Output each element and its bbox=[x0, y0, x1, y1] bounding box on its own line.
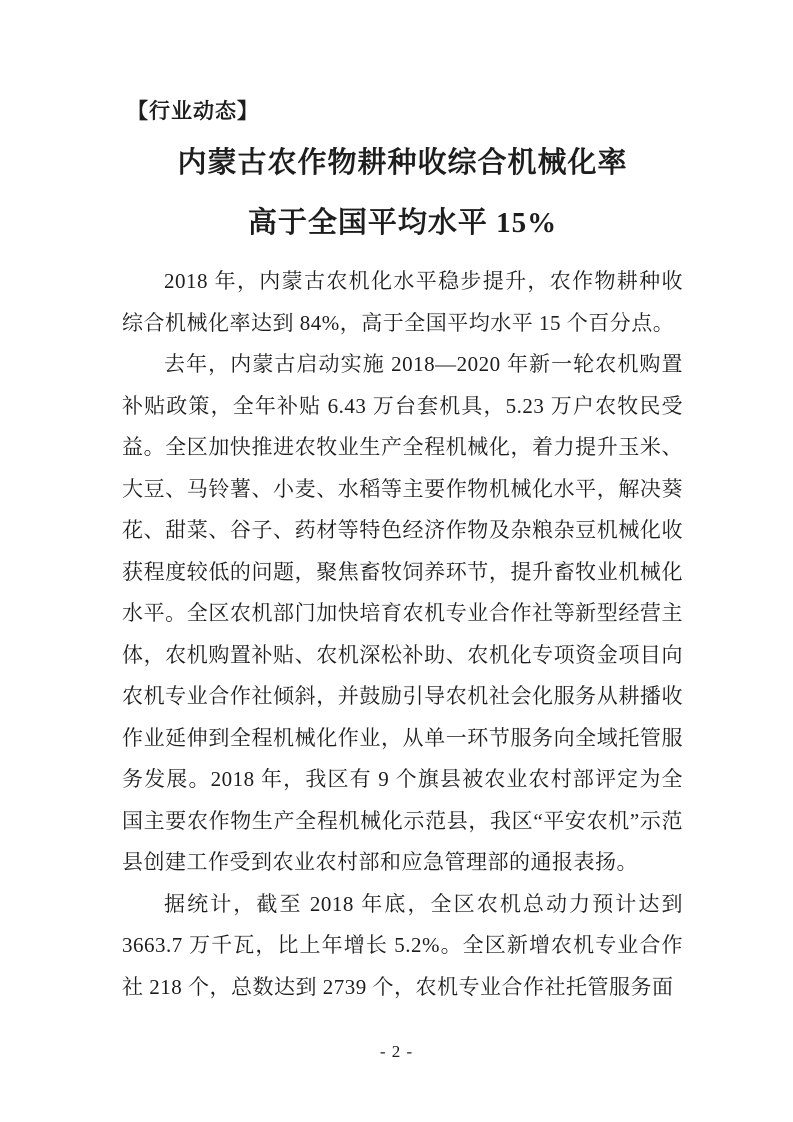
paragraph: 去年，内蒙古启动实施 2018—2020 年新一轮农机购置补贴政策，全年补贴 6… bbox=[122, 344, 683, 884]
page-footer: - 2 - bbox=[0, 1042, 793, 1062]
article-title: 内蒙古农作物耕种收综合机械化率 高于全国平均水平 15% bbox=[122, 133, 683, 253]
page-number: - 2 - bbox=[380, 1042, 413, 1061]
section-label: 【行业动态】 bbox=[127, 95, 259, 125]
document-page: 【行业动态】 内蒙古农作物耕种收综合机械化率 高于全国平均水平 15% 2018… bbox=[0, 0, 793, 1122]
article-body: 2018 年，内蒙古农机化水平稳步提升，农作物耕种收综合机械化率达到 84%，高… bbox=[122, 261, 683, 1008]
paragraph: 据统计，截至 2018 年底，全区农机总动力预计达到 3663.7 万千瓦，比上… bbox=[122, 884, 683, 1009]
title-line-2: 高于全国平均水平 15% bbox=[122, 193, 683, 253]
paragraph: 2018 年，内蒙古农机化水平稳步提升，农作物耕种收综合机械化率达到 84%，高… bbox=[122, 261, 683, 344]
title-line-1: 内蒙古农作物耕种收综合机械化率 bbox=[122, 133, 683, 193]
